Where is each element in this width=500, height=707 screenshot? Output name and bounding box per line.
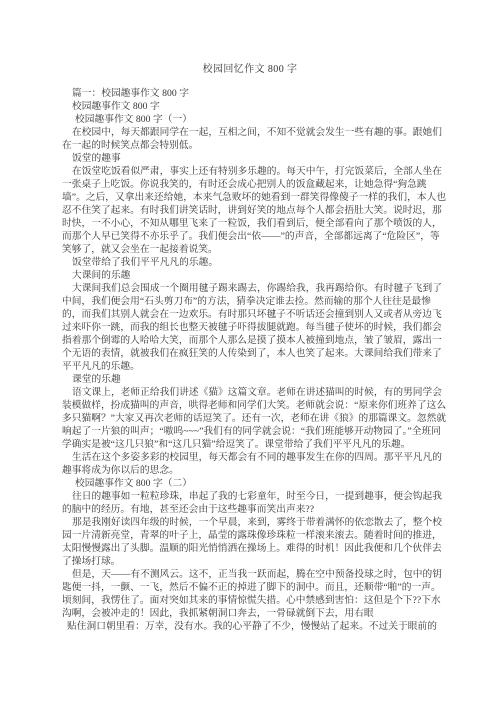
text-line: 但是，天——有不测风云。这不，正当我一跃而起，腾在空中预备投球之时，包中的钥 — [62, 568, 440, 581]
text-line: 多只猫啊？”大家又再次老师的话逗笑了。还有一次，老师在讲《狼》的那篇课文。忽然就 — [62, 412, 440, 425]
text-line: 个无语的表情，就被我们在疯狂笑的人传染到了，本人也笑了起来。大课间给我们带来了 — [62, 347, 440, 360]
text-line: 墙”。之后，又拿出来还给她，本来气急败坏的她看到一群笑得像傻子一样的我们，本人也 — [62, 191, 440, 204]
document-page: 校园回忆作文 800 字 篇一：校园趣事作文 800 字校园趣事作文 800 字… — [0, 0, 500, 707]
text-line: 校园趣事作文 800 字（一） — [62, 113, 440, 126]
text-line: 饭堂带给了我们平平凡凡的乐趣。 — [62, 256, 440, 269]
text-line: 而那个人早已笑得不亦乐乎了。我们便会出“依——”的声音，全部都远离了“危险区”，… — [62, 230, 440, 243]
text-line: 大课间的乐趣 — [62, 269, 440, 282]
text-line: 那是我刚好读四年级的时候，一个早晨，来到，雾终于带着满怀的依恋散去了，整个校 — [62, 516, 440, 529]
text-line: 装模做样，扮成猫叫的声音，哄得老师和同学们大笑。老师就会说：“原来你们班养了这么 — [62, 399, 440, 412]
text-line: 忍不住笑了起来。有时我们讲笑话时，讲到好笑的地点每个人都会捂肚大笑。说时迟，那 — [62, 204, 440, 217]
text-line: 在校园中，每天都跟同学在一起，互相之间，不知不觉就会发生一些有趣的事。跟她们 — [62, 126, 440, 139]
text-line: 课堂的乐趣 — [62, 373, 440, 386]
text-line: 笑够了，就又会坐在一起接着说笑。 — [62, 243, 440, 256]
text-line: 匙便一抖，一颤、一飞，然后不偏不正的掉进了脚下的洞中。而且，还顺带“啪”的一声。 — [62, 581, 440, 594]
text-line: 时快，一不小心，不知从哪里飞来了一粒饭，我们看到后，便全部看向了那个喷饭的人， — [62, 217, 440, 230]
text-line: 生活在这个多姿多彩的校园里，每天都会有不同的趣事发生在你的四周。那平平凡凡的 — [62, 451, 440, 464]
document-body: 篇一：校园趣事作文 800 字校园趣事作文 800 字校园趣事作文 800 字（… — [62, 87, 440, 633]
text-line: 顷刻间，我愣住了。面对突如其来的事情惊慌失措。心中禁感到害怕：这但是个下??下水 — [62, 594, 440, 607]
text-line: 在饭堂吃饭看似严肃，事实上还有特别多乐趣的。每天中午，打完饭菜后，全部人坐在 — [62, 165, 440, 178]
text-line: 往日的趣事如一粒粒珍珠，串起了我的七彩童年，时至今日，一提到趣事，便会钩起我 — [62, 490, 440, 503]
text-line: 趣事将成为你以后的思念。 — [62, 464, 440, 477]
text-line: 中间，我们便会用“石头剪刀布”的方法，猜拳决定谁去捡。然而输的那个人往往是最惨 — [62, 295, 440, 308]
text-line: 大课间我们总会围成一个圈用毽子踢来踢去，你踢给我，我再踢给你。有时毽子飞到了 — [62, 282, 440, 295]
text-line: 了操场打球。 — [62, 555, 440, 568]
text-line: 园一片清新亮堂，青翠的叶子上，晶莹的露珠像珍珠粒一样滚来滚去。随着时间的推进， — [62, 529, 440, 542]
text-line: 的脑中的经历。有地，甚至还会由于这些趣事而笑出声来?? — [62, 503, 440, 516]
text-line: 响起了一片狼的叫声；“嗷呜~~~”我们有的同学就会说：“我们班能够开动物园了。”… — [62, 425, 440, 438]
text-line: 贴住洞口朝里看：万幸，没有水。我的心平静了不少，慢慢站了起来。不过关于眼前的 — [62, 620, 440, 633]
text-line: 指着那个倒霉的人哈哈大笑，而那个人那么是摸了摸本人被撞到地点，皱了皱眉，露出一 — [62, 334, 440, 347]
text-line: 一张桌子上吃饭。你说我笑的，有时还会成心把别人的饭盒藏起来，让她急得“狗急跳 — [62, 178, 440, 191]
text-line: 太阳慢慢露出了头脚。温顺的阳光悄悄洒在操场上。难得的时机！因此我便和几个伙伴去 — [62, 542, 440, 555]
text-line: 在一起的时候笑点都会特别低。 — [62, 139, 440, 152]
text-line: 校园趣事作文 800 字（二） — [62, 477, 440, 490]
document-title: 校园回忆作文 800 字 — [0, 63, 500, 76]
text-line: 过来吓你一跳，而我的组长也整天被毽子吓得拔腿就跑。每当毽子使坏的时候，我们都会 — [62, 321, 440, 334]
text-line: 校园趣事作文 800 字 — [62, 100, 440, 113]
text-line: 平平凡凡的乐趣。 — [62, 360, 440, 373]
text-line: 沟啊，会被冲走的！因此，我抓紧朝洞口奔去，一骨碌就倒下去，用右眼 — [62, 607, 440, 620]
text-line: 篇一：校园趣事作文 800 字 — [62, 87, 440, 100]
text-line: 的，而我们其别人就会在一边欢乐。有时那只坏毽子不听话还会撞到别人又或者从旁边飞 — [62, 308, 440, 321]
text-line: 语文课上，老师正给我们讲述《猫》这篇文章。老师在讲述猫叫的时候，有的男同学会 — [62, 386, 440, 399]
text-line: 学确实是被“这几只狼”和“这几只猫”给逗笑了。课堂带给了我们平平凡凡的乐趣。 — [62, 438, 440, 451]
text-line: 饭堂的趣事 — [62, 152, 440, 165]
